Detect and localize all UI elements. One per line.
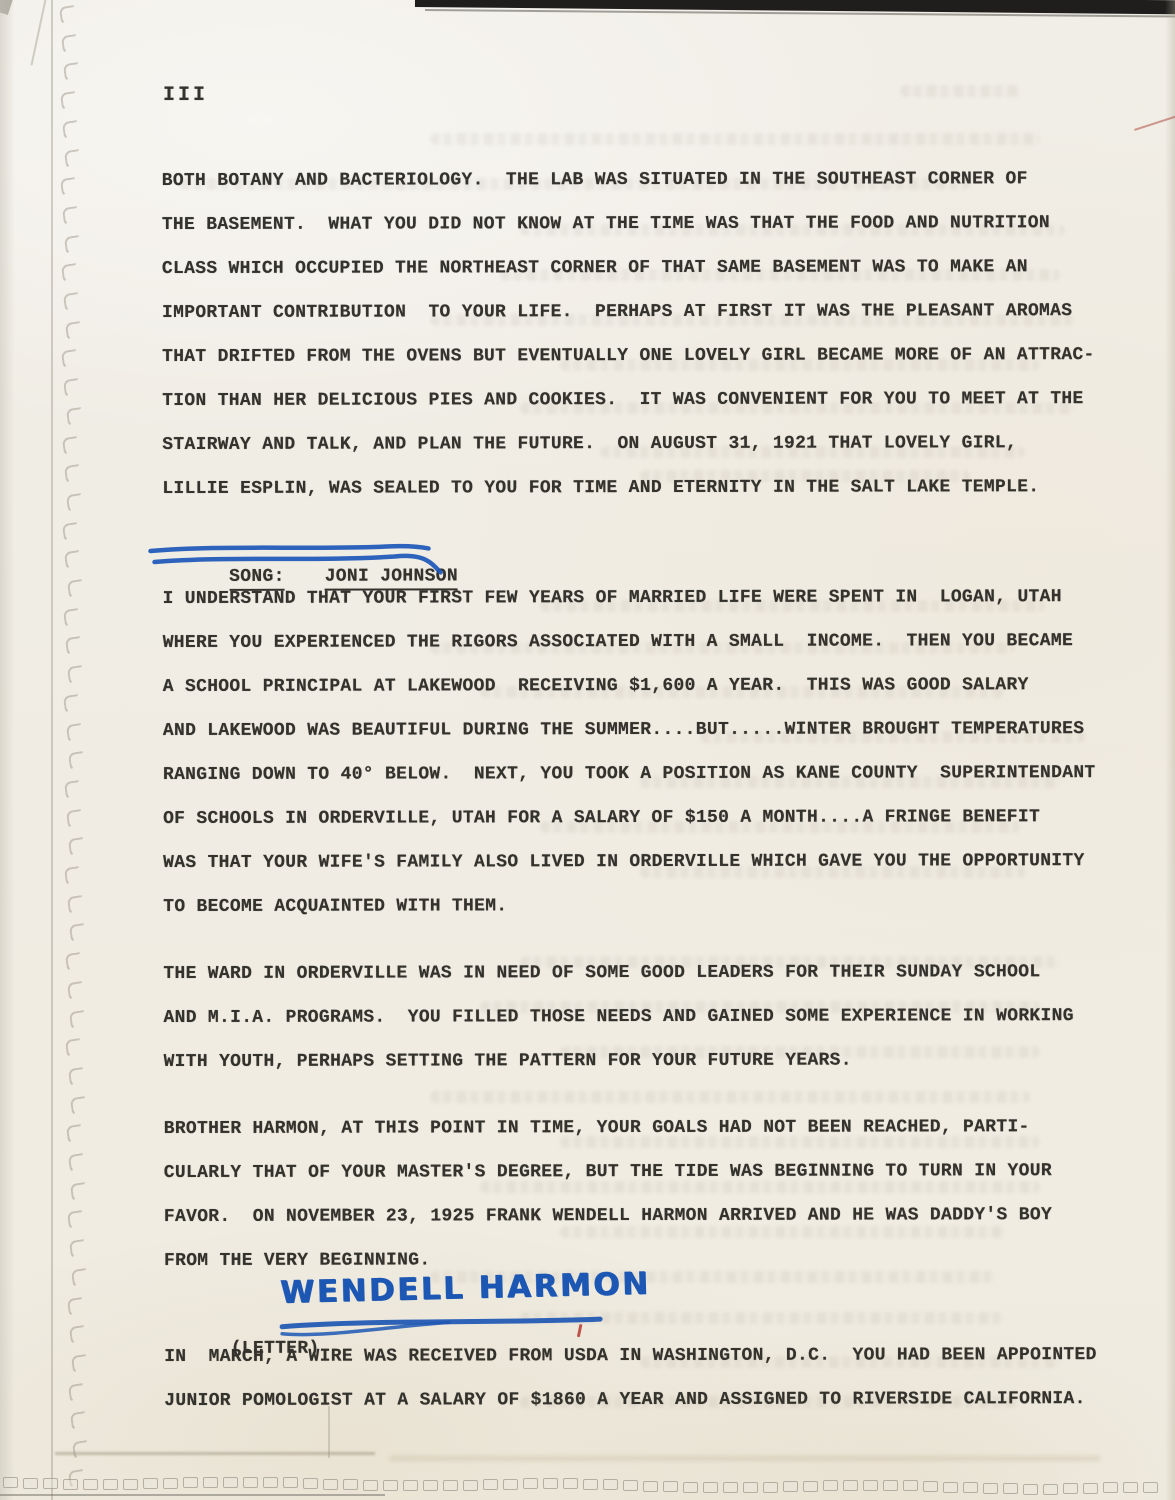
perforation-mark: [423, 1480, 438, 1491]
binding-curl-mark: [61, 349, 79, 369]
perforation-mark: [443, 1480, 458, 1491]
paragraph-4: BROTHER HARMON, AT THIS POINT IN TIME, Y…: [164, 1105, 1129, 1283]
text-line: THAT DRIFTED FROM THE OVENS BUT EVENTUAL…: [162, 333, 1127, 379]
paper-crease: [31, 0, 48, 65]
binding-curl-mark: [62, 206, 80, 226]
binding-curl-mark: [62, 522, 80, 542]
text-line: JUNIOR POMOLOGIST AT A SALARY OF $1860 A…: [164, 1377, 1129, 1423]
perforation-mark: [103, 1479, 118, 1490]
binding-curl-mark: [65, 321, 83, 341]
binding-curl-mark: [62, 120, 80, 140]
perforation-mark: [1063, 1483, 1078, 1494]
bleed-through-text: [430, 133, 1040, 145]
binding-curl-mark: [59, 5, 77, 25]
text-line: THE WARD IN ORDERVILLE WAS IN NEED OF SO…: [163, 950, 1128, 996]
binding-curl-mark: [71, 1354, 89, 1374]
text-line: IMPORTANT CONTRIBUTION TO YOUR LIFE. PER…: [162, 289, 1127, 335]
binding-curl-mark: [67, 751, 85, 771]
binding-curl-mark: [64, 148, 82, 168]
binding-curl-mark: [64, 550, 82, 570]
perforation-mark: [283, 1477, 298, 1488]
binding-curl-mark: [63, 608, 81, 628]
binding-curl-mark: [59, 91, 77, 111]
perforation-mark: [583, 1479, 598, 1490]
perforation-mark: [783, 1481, 798, 1492]
binding-curl-mark: [66, 493, 84, 513]
text-line: AND LAKEWOOD WAS BEAUTIFUL DURING THE SU…: [163, 707, 1128, 753]
perforation-mark: [863, 1480, 878, 1491]
perforation-mark: [363, 1480, 378, 1491]
perforation-mark: [543, 1478, 558, 1489]
binding-curl-mark: [65, 636, 83, 656]
binding-curl-mark: [67, 1296, 85, 1316]
binding-curl-mark: [72, 1440, 90, 1460]
text-line: CLASS WHICH OCCUPIED THE NORTHEAST CORNE…: [162, 245, 1127, 291]
perforation-mark: [63, 1479, 78, 1490]
perforation-mark: [623, 1480, 638, 1491]
binding-curl-mark: [68, 837, 86, 857]
perforation-mark: [403, 1480, 418, 1491]
binding-curl-mark: [70, 1182, 88, 1202]
letter-line: (LETTER) WENDELL HARMON: [164, 1281, 1129, 1335]
binding-curl-mark: [63, 62, 81, 82]
binding-curl-mark: [63, 694, 81, 714]
perforation-mark: [1023, 1484, 1038, 1495]
text-line: WITH YOUTH, PERHAPS SETTING THE PATTERN …: [164, 1038, 1129, 1084]
perforation-mark: [883, 1480, 898, 1491]
paragraph-1: BOTH BOTANY AND BACTERIOLOGY. THE LAB WA…: [162, 157, 1128, 511]
paper-left-edge: [0, 0, 14, 1500]
perforation-mark: [123, 1479, 138, 1490]
text-line: TION THAN HER DELICIOUS PIES AND COOKIES…: [162, 377, 1127, 423]
perforation-mark: [563, 1478, 578, 1489]
perforation-mark: [663, 1481, 678, 1492]
text-line: AND M.I.A. PROGRAMS. YOU FILLED THOSE NE…: [163, 994, 1128, 1040]
binding-curl-mark: [67, 1383, 85, 1403]
pen-underline-icon: [146, 540, 446, 577]
text-line: LILLIE ESPLIN, WAS SEALED TO YOU FOR TIM…: [162, 465, 1127, 511]
perforation-mark: [703, 1482, 718, 1493]
bleed-through-text: [900, 85, 1020, 97]
binding-curl-mark: [67, 981, 85, 1001]
text-line: WAS THAT YOUR WIFE'S FAMILY ALSO LIVED I…: [163, 839, 1128, 885]
scanned-typewritten-page: III BOTH BOTANY AND BACTERIOLOGY. THE LA…: [0, 0, 1175, 1500]
text-line: RANGING DOWN TO 40° BELOW. NEXT, YOU TOO…: [163, 751, 1128, 797]
perforation-mark: [383, 1480, 398, 1491]
binding-curl-mark: [64, 866, 82, 886]
binding-curl-mark: [66, 1124, 84, 1144]
binding-curl-mark: [63, 292, 81, 312]
perforation-mark: [23, 1478, 38, 1489]
perforation-mark: [803, 1481, 818, 1492]
binding-curl-mark: [65, 722, 83, 742]
perforation-mark: [343, 1479, 358, 1490]
perforation-mark: [743, 1482, 758, 1493]
binding-curl-mark: [71, 1268, 89, 1288]
binding-curl-mark: [64, 235, 82, 255]
binding-curl-mark: [70, 1096, 88, 1116]
binding-curl-mark: [66, 1210, 84, 1230]
perforation-mark: [483, 1479, 498, 1490]
binding-curl-mark: [60, 263, 78, 283]
perforation-mark: [683, 1482, 698, 1493]
binding-curl-mark: [68, 1153, 86, 1173]
perforation-mark: [243, 1477, 258, 1488]
perforation-mark: [43, 1478, 58, 1489]
perforation-mark: [943, 1482, 958, 1493]
binding-curl-mark: [60, 177, 78, 197]
binding-curl-mark: [62, 435, 80, 455]
perforation-mark: [963, 1482, 978, 1493]
binding-curl-mark: [70, 1411, 88, 1431]
perforation-mark: [763, 1482, 778, 1493]
binding-curl-mark: [63, 378, 81, 398]
binding-curl-mark: [69, 1239, 87, 1259]
perforation-mark: [903, 1480, 918, 1491]
perforation-mark: [843, 1480, 858, 1491]
binding-curl-mark: [69, 1325, 87, 1345]
perforation-mark: [503, 1479, 518, 1490]
binding-curl-mark: [66, 809, 84, 829]
text-line: BOTH BOTANY AND BACTERIOLOGY. THE LAB WA…: [162, 157, 1127, 203]
paragraph-2: I UNDERSTAND THAT YOUR FIRST FEW YEARS O…: [163, 575, 1129, 929]
binding-curl-mark: [65, 952, 83, 972]
binding-curl-mark: [69, 1009, 87, 1029]
perforation-mark: [923, 1481, 938, 1492]
perforation-mark: [1083, 1483, 1098, 1494]
binding-curl-mark: [61, 34, 79, 54]
binding-curl-mark: [66, 579, 84, 599]
bottom-stain: [390, 1456, 1100, 1461]
perforation-mark: [323, 1479, 338, 1490]
perforation-mark: [603, 1479, 618, 1490]
text-line: CULARLY THAT OF YOUR MASTER'S DEGREE, BU…: [164, 1149, 1129, 1195]
perforation-mark: [463, 1480, 478, 1491]
binding-curl-mark: [69, 923, 87, 943]
binding-curl-mark: [66, 895, 84, 915]
binding-curl-mark: [67, 1067, 85, 1087]
text-line: WHERE YOU EXPERIENCED THE RIGORS ASSOCIA…: [163, 619, 1128, 665]
perforation-mark: [83, 1479, 98, 1490]
text-line: THE BASEMENT. WHAT YOU DID NOT KNOW AT T…: [162, 201, 1127, 247]
typewritten-body: BOTH BOTANY AND BACTERIOLOGY. THE LAB WA…: [162, 157, 1130, 1423]
perforation-mark: [1143, 1482, 1158, 1493]
perforation-mark: [143, 1478, 158, 1489]
binding-curl-mark: [65, 1038, 83, 1058]
perforation-mark: [823, 1480, 838, 1491]
perforation-mark: [983, 1483, 998, 1494]
pen-underline2-icon: [274, 1314, 614, 1343]
binding-curl-mark: [65, 407, 83, 427]
binding-curl-mark: [64, 464, 82, 484]
text-line: OF SCHOOLS IN ORDERVILLE, UTAH FOR A SAL…: [163, 795, 1128, 841]
perforation-mark: [523, 1478, 538, 1489]
paper-left-edge-line: [51, 0, 53, 1500]
perforation-mark: [1123, 1482, 1138, 1493]
text-line: STAIRWAY AND TALK, AND PLAN THE FUTURE. …: [162, 421, 1127, 467]
perforation-mark: [303, 1478, 318, 1489]
paragraph-3: THE WARD IN ORDERVILLE WAS IN NEED OF SO…: [163, 950, 1128, 1084]
paper-right-shadow: [1165, 0, 1175, 1500]
perforation-mark: [1043, 1484, 1058, 1495]
handwritten-name: WENDELL HARMON: [280, 1262, 651, 1315]
binding-curl-mark: [67, 665, 85, 685]
perforation-mark: [3, 1477, 18, 1488]
perforation-mark: [723, 1482, 738, 1493]
song-line: SONG:JONI JOHNSON: [162, 509, 1127, 555]
text-line: BROTHER HARMON, AT THIS POINT IN TIME, Y…: [164, 1105, 1129, 1151]
text-line: A SCHOOL PRINCIPAL AT LAKEWOOD RECEIVING…: [163, 663, 1128, 709]
text-line: TO BECOME ACQUAINTED WITH THEM.: [163, 883, 1128, 929]
perforation-mark: [643, 1481, 658, 1492]
perforation-mark: [263, 1477, 278, 1488]
text-line: FAVOR. ON NOVEMBER 23, 1925 FRANK WENDEL…: [164, 1193, 1129, 1239]
page-number: III: [163, 84, 208, 107]
perforation-mark: [1103, 1482, 1118, 1493]
binding-curl-mark: [64, 780, 82, 800]
perforation-mark: [1003, 1483, 1018, 1494]
